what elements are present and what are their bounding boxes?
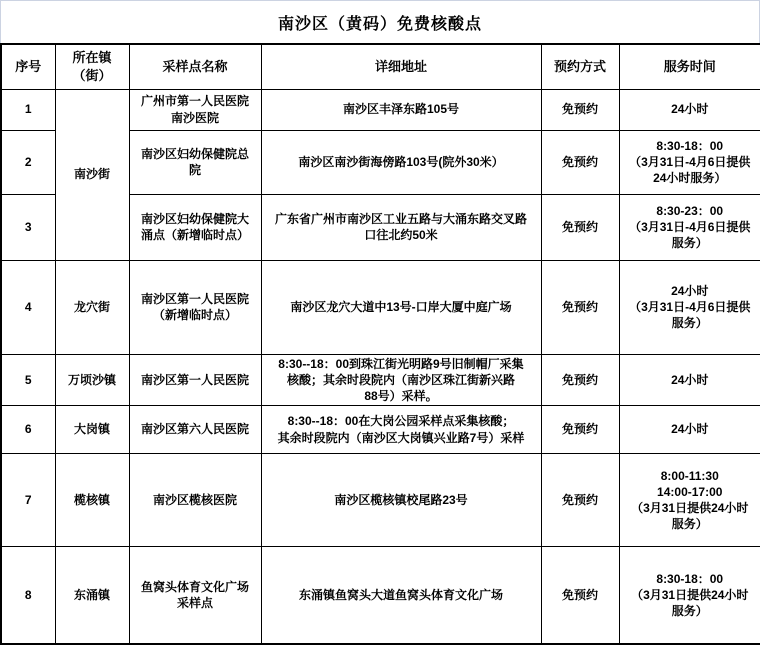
cell-time: 24小时	[619, 89, 760, 130]
header-address: 详细地址	[261, 44, 541, 89]
cell-num: 3	[1, 194, 55, 260]
table-row: 4 龙穴街 南沙区第一人民医院 （新增临时点） 南沙区龙穴大道中13号-口岸大厦…	[1, 260, 760, 354]
cell-booking: 免预约	[541, 194, 619, 260]
cell-num: 4	[1, 260, 55, 354]
cell-site: 南沙区第六人民医院	[129, 406, 261, 454]
testing-points-table: 序号 所在镇 （街） 采样点名称 详细地址 预约方式 服务时间 1 南沙街 广州…	[0, 43, 760, 645]
table-row: 7 榄核镇 南沙区榄核医院 南沙区榄核镇校尾路23号 免预约 8:00-11:3…	[1, 454, 760, 547]
header-booking: 预约方式	[541, 44, 619, 89]
cell-address: 东涌镇鱼窝头大道鱼窝头体育文化广场	[261, 547, 541, 644]
cell-address: 8:30--18：00到珠江街光明路9号旧制帽厂采集 核酸；其余时段院内（南沙区…	[261, 354, 541, 406]
cell-address: 8:30--18：00在大岗公园采样点采集核酸； 其余时段院内（南沙区大岗镇兴业…	[261, 406, 541, 454]
cell-time: 24小时	[619, 354, 760, 406]
header-site: 采样点名称	[129, 44, 261, 89]
cell-town: 榄核镇	[55, 454, 129, 547]
cell-booking: 免预约	[541, 547, 619, 644]
cell-time: 8:30-18：00 （3月31日-4月6日提供 24小时服务）	[619, 130, 760, 194]
cell-site: 南沙区榄核医院	[129, 454, 261, 547]
cell-time: 8:30-23：00 （3月31日-4月6日提供 服务）	[619, 194, 760, 260]
cell-town: 万顷沙镇	[55, 354, 129, 406]
cell-booking: 免预约	[541, 454, 619, 547]
cell-address: 广东省广州市南沙区工业五路与大涌东路交叉路 口往北约50米	[261, 194, 541, 260]
cell-address: 南沙区榄核镇校尾路23号	[261, 454, 541, 547]
cell-site: 鱼窝头体育文化广场 采样点	[129, 547, 261, 644]
table-row: 8 东涌镇 鱼窝头体育文化广场 采样点 东涌镇鱼窝头大道鱼窝头体育文化广场 免预…	[1, 547, 760, 644]
cell-site: 南沙区妇幼保健院大 涌点（新增临时点）	[129, 194, 261, 260]
cell-num: 7	[1, 454, 55, 547]
header-time: 服务时间	[619, 44, 760, 89]
cell-time: 8:30-18：00 （3月31日提供24小时 服务）	[619, 547, 760, 644]
cell-time: 24小时 （3月31日-4月6日提供 服务）	[619, 260, 760, 354]
cell-time: 24小时	[619, 406, 760, 454]
cell-num: 1	[1, 89, 55, 130]
cell-time: 8:00-11:30 14:00-17:00 （3月31日提供24小时 服务）	[619, 454, 760, 547]
cell-town: 大岗镇	[55, 406, 129, 454]
cell-num: 2	[1, 130, 55, 194]
cell-booking: 免预约	[541, 354, 619, 406]
page: 南沙区（黄码）免费核酸点 序号 所在镇 （街） 采样点名称 详细地址 预约方式 …	[0, 0, 760, 644]
cell-town: 东涌镇	[55, 547, 129, 644]
cell-site: 南沙区第一人民医院	[129, 354, 261, 406]
page-title: 南沙区（黄码）免费核酸点	[0, 0, 760, 43]
table-row: 5 万顷沙镇 南沙区第一人民医院 8:30--18：00到珠江街光明路9号旧制帽…	[1, 354, 760, 406]
cell-site: 南沙区第一人民医院 （新增临时点）	[129, 260, 261, 354]
cell-address: 南沙区丰泽东路105号	[261, 89, 541, 130]
cell-address: 南沙区龙穴大道中13号-口岸大厦中庭广场	[261, 260, 541, 354]
cell-address: 南沙区南沙街海傍路103号(院外30米）	[261, 130, 541, 194]
cell-booking: 免预约	[541, 130, 619, 194]
cell-site: 广州市第一人民医院 南沙医院	[129, 89, 261, 130]
cell-site: 南沙区妇幼保健院总 院	[129, 130, 261, 194]
cell-town: 龙穴街	[55, 260, 129, 354]
cell-num: 8	[1, 547, 55, 644]
table-row: 6 大岗镇 南沙区第六人民医院 8:30--18：00在大岗公园采样点采集核酸；…	[1, 406, 760, 454]
cell-num: 6	[1, 406, 55, 454]
header-town: 所在镇 （街）	[55, 44, 129, 89]
cell-booking: 免预约	[541, 260, 619, 354]
cell-town: 南沙街	[55, 89, 129, 260]
table-row: 1 南沙街 广州市第一人民医院 南沙医院 南沙区丰泽东路105号 免预约 24小…	[1, 89, 760, 130]
header-num: 序号	[1, 44, 55, 89]
cell-booking: 免预约	[541, 406, 619, 454]
cell-booking: 免预约	[541, 89, 619, 130]
cell-num: 5	[1, 354, 55, 406]
header-row: 序号 所在镇 （街） 采样点名称 详细地址 预约方式 服务时间	[1, 44, 760, 89]
